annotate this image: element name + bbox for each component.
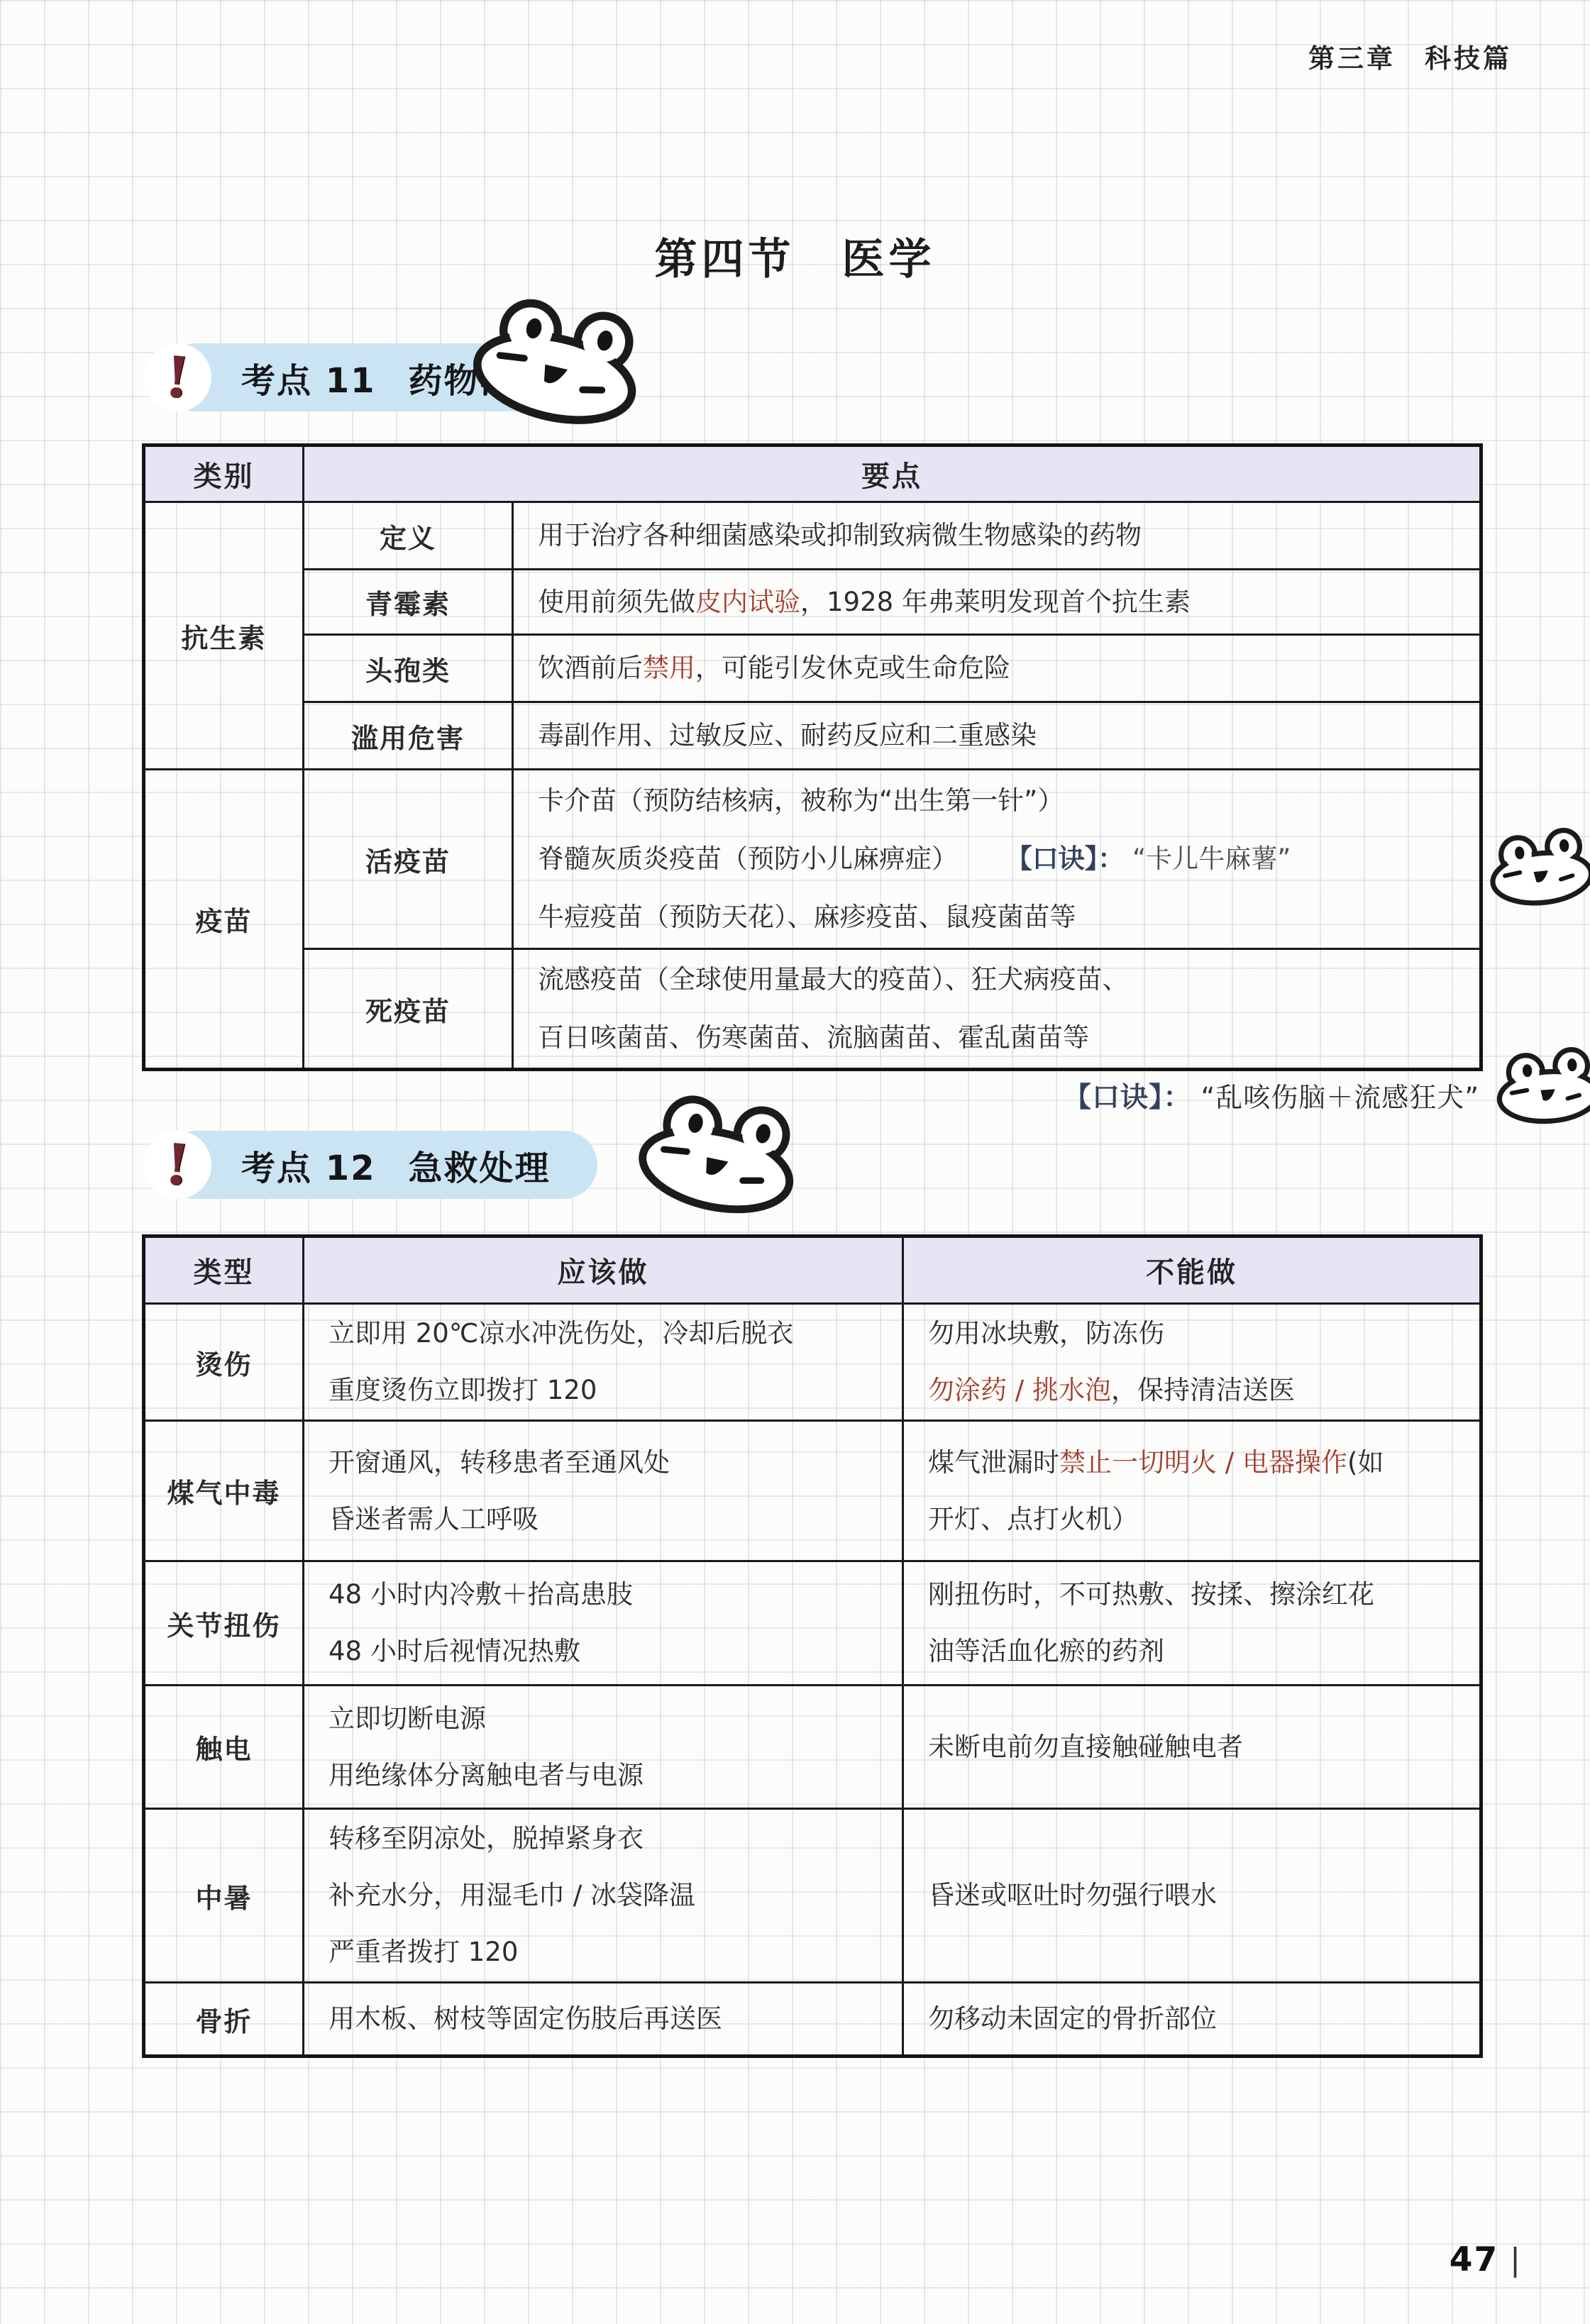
cell-text: 牛痘疫苗（预防天花）、麻疹疫苗、鼠疫菌苗等 [538,902,1076,932]
page-number: 47 | [1450,2240,1522,2279]
row-content: 使用前须先做皮内试验，1928 年弗莱明发现首个抗生素 [513,570,1481,635]
first-aid-table: 类型 应该做 不能做 烫伤 立即用 20℃凉水冲洗伤处，冷却后脱衣 重度烫伤立即… [142,1234,1483,2058]
table2-header-dont: 不能做 [903,1236,1481,1304]
cell-text: 百日咳菌苗、伤寒菌苗、流脑菌苗、霍乱菌苗等 [538,1022,1089,1053]
mnemonic-line: 【口诀】： “乱咳伤脑＋流感狂犬” [142,1075,1479,1115]
cell-text-red: 禁用 [643,653,695,683]
do-cell: 转移至阴凉处，脱掉紧身衣 补充水分，用湿毛巾 / 冰袋降温 严重者拨打 120 [304,1809,903,1983]
cell-text: 煤气泄漏时 [928,1447,1059,1478]
cell-text: 卡介苗（预防结核病，被称为“出生第一针”） [538,785,1064,816]
mnemonic-text: “卡儿牛麻薯” [1132,843,1291,874]
cell-text: 饮酒前后 [538,653,643,683]
row-content: 流感疫苗（全球使用量最大的疫苗）、狂犬病疫苗、 百日咳菌苗、伤寒菌苗、流脑菌苗、… [513,949,1481,1070]
row-label: 煤气中毒 [144,1421,304,1561]
exclamation-icon: ! [162,348,192,407]
drug-therapy-table: 类别 要点 抗生素 定义 用于治疗各种细菌感染或抑制致病微生物感染的药物 青霉素… [142,443,1483,1071]
row-label: 烫伤 [144,1304,304,1421]
topic-11-label: 考点 11 [241,353,376,402]
table-header-row: 类别 要点 [144,446,1481,502]
do-cell: 立即用 20℃凉水冲洗伤处，冷却后脱衣 重度烫伤立即拨打 120 [304,1304,903,1421]
cell-text: (如 [1347,1447,1384,1478]
dont-cell: 刚扭伤时，不可热敷、按揉、擦涂红花 油等活血化瘀的药剂 [903,1561,1481,1686]
dont-cell: 勿用冰块敷，防冻伤 勿涂药 / 挑水泡，保持清洁送医 [903,1304,1481,1421]
table1-header-category: 类别 [144,446,304,502]
topic-heading-12: ! 考点 12 急救处理 [162,1131,597,1199]
frog-doodle-icon [1486,1043,1590,1133]
mnemonic-label: 【口诀】： [1006,843,1125,874]
cell-text: 开窗通风，转移患者至通风处 [329,1447,670,1478]
row-label: 关节扭伤 [144,1561,304,1686]
mnemonic-text: “乱咳伤脑＋流感狂犬” [1201,1082,1479,1113]
cell-text: 用于治疗各种细菌感染或抑制致病微生物感染的药物 [538,520,1142,550]
cell-text: 油等活血化瘀的药剂 [928,1636,1164,1666]
table-row: 煤气中毒 开窗通风，转移患者至通风处 昏迷者需人工呼吸 煤气泄漏时禁止一切明火 … [144,1421,1481,1561]
table-row: 死疫苗 流感疫苗（全球使用量最大的疫苗）、狂犬病疫苗、 百日咳菌苗、伤寒菌苗、流… [144,949,1481,1070]
row-label: 触电 [144,1686,304,1809]
do-cell: 立即切断电源 用绝缘体分离触电者与电源 [304,1686,903,1809]
cell-text: 未断电前勿直接触碰触电者 [928,1732,1243,1762]
mnemonic-label: 【口诀】： [1064,1082,1192,1114]
cell-text: 勿移动未固定的骨折部位 [928,2003,1217,2034]
table-header-row: 类型 应该做 不能做 [144,1236,1481,1304]
table-row: 中暑 转移至阴凉处，脱掉紧身衣 补充水分，用湿毛巾 / 冰袋降温 严重者拨打 1… [144,1809,1481,1983]
table-row: 烫伤 立即用 20℃凉水冲洗伤处，冷却后脱衣 重度烫伤立即拨打 120 勿用冰块… [144,1304,1481,1421]
exclamation-badge: ! [143,1131,211,1199]
table-row: 抗生素 定义 用于治疗各种细菌感染或抑制致病微生物感染的药物 [144,502,1481,570]
cell-text: 昏迷或呕吐时勿强行喂水 [928,1880,1217,1910]
cell-text: 48 小时内冷敷＋抬高患肢 [329,1579,633,1610]
cell-text: 开灯、点打火机） [928,1504,1138,1534]
exclamation-icon: ! [162,1136,192,1195]
cell-text-red: 禁止一切明火 / 电器操作 [1059,1447,1347,1478]
cell-text: 补充水分，用湿毛巾 / 冰袋降温 [329,1880,695,1910]
cell-text: ，可能引发休克或生命危险 [695,653,1010,683]
cell-text: 转移至阴凉处，脱掉紧身衣 [329,1823,644,1854]
table-row: 青霉素 使用前须先做皮内试验，1928 年弗莱明发现首个抗生素 [144,570,1481,635]
row-label: 滥用危害 [304,702,513,770]
dont-cell: 昏迷或呕吐时勿强行喂水 [903,1809,1481,1983]
row-label: 头孢类 [304,635,513,702]
table-row: 疫苗 活疫苗 卡介苗（预防结核病，被称为“出生第一针”） 脊髓灰质炎疫苗（预防小… [144,770,1481,949]
frog-doodle-icon [451,280,665,449]
cell-text: 昏迷者需人工呼吸 [329,1504,539,1534]
do-cell: 开窗通风，转移患者至通风处 昏迷者需人工呼吸 [304,1421,903,1561]
cell-text: 严重者拨打 120 [329,1937,518,1967]
cell-text-red: 皮内试验 [695,587,800,617]
cell-text: 脊髓灰质炎疫苗（预防小儿麻痹症） [538,843,958,874]
section-title: 第四节 医学 [0,226,1590,287]
cell-text: ，保持清洁送医 [1111,1375,1295,1405]
row-label: 活疫苗 [304,770,513,949]
table2-header-type: 类型 [144,1236,304,1304]
cell-text: 用木板、树枝等固定伤肢后再送医 [329,2003,722,2034]
row-label: 中暑 [144,1809,304,1983]
cell-text: 勿用冰块敷，防冻伤 [928,1318,1164,1349]
table-row: 关节扭伤 48 小时内冷敷＋抬高患肢 48 小时后视情况热敷 刚扭伤时，不可热敷… [144,1561,1481,1686]
do-cell: 用木板、树枝等固定伤肢后再送医 [304,1983,903,2057]
table-row: 头孢类 饮酒前后禁用，可能引发休克或生命危险 [144,635,1481,702]
cell-text: ，1928 年弗莱明发现首个抗生素 [800,587,1191,617]
cell-text: 48 小时后视情况热敷 [329,1636,580,1666]
frog-doodle-icon [1477,823,1590,917]
table-row: 触电 立即切断电源 用绝缘体分离触电者与电源 未断电前勿直接触碰触电者 [144,1686,1481,1809]
row-content: 用于治疗各种细菌感染或抑制致病微生物感染的药物 [513,502,1481,570]
page-root: 第三章 科技篇 第四节 医学 ! 考点 11 药物治疗 类别 要点 抗生素 定义… [0,0,1590,2324]
cell-text: 使用前须先做 [538,587,695,617]
page-number-bar: | [1510,2242,1522,2278]
cell-text: 毒副作用、过敏反应、耐药反应和二重感染 [538,720,1037,751]
row-content: 毒副作用、过敏反应、耐药反应和二重感染 [513,702,1481,770]
cell-text: 流感疫苗（全球使用量最大的疫苗）、狂犬病疫苗、 [538,964,1129,995]
table1-header-points: 要点 [304,446,1481,502]
cell-text: 用绝缘体分离触电者与电源 [329,1760,644,1791]
table-row: 滥用危害 毒副作用、过敏反应、耐药反应和二重感染 [144,702,1481,770]
chapter-header: 第三章 科技篇 [1308,37,1512,75]
row-label: 死疫苗 [304,949,513,1070]
row-label: 定义 [304,502,513,570]
do-cell: 48 小时内冷敷＋抬高患肢 48 小时后视情况热敷 [304,1561,903,1686]
dont-cell: 煤气泄漏时禁止一切明火 / 电器操作(如 开灯、点打火机） [903,1421,1481,1561]
row-label: 青霉素 [304,570,513,635]
topic-12-title: 急救处理 [409,1141,551,1190]
exclamation-badge: ! [143,343,211,411]
page-number-value: 47 [1450,2240,1498,2279]
row-content: 饮酒前后禁用，可能引发休克或生命危险 [513,635,1481,702]
row-label: 骨折 [144,1983,304,2057]
cell-text: 刚扭伤时，不可热敷、按揉、擦涂红花 [928,1579,1374,1610]
row-content: 卡介苗（预防结核病，被称为“出生第一针”） 脊髓灰质炎疫苗（预防小儿麻痹症） 【… [513,770,1481,949]
group-label-antibiotics: 抗生素 [144,502,304,770]
dont-cell: 未断电前勿直接触碰触电者 [903,1686,1481,1809]
table-row: 骨折 用木板、树枝等固定伤肢后再送医 勿移动未固定的骨折部位 [144,1983,1481,2057]
cell-text: 立即用 20℃凉水冲洗伤处，冷却后脱衣 [329,1318,793,1349]
cell-text-red: 勿涂药 / 挑水泡 [928,1375,1111,1405]
group-label-vaccines: 疫苗 [144,770,304,1070]
dont-cell: 勿移动未固定的骨折部位 [903,1983,1481,2057]
topic-12-label: 考点 12 [241,1141,376,1190]
table2-header-do: 应该做 [304,1236,903,1304]
cell-text: 重度烫伤立即拨打 120 [329,1375,597,1405]
cell-text: 立即切断电源 [329,1703,486,1734]
